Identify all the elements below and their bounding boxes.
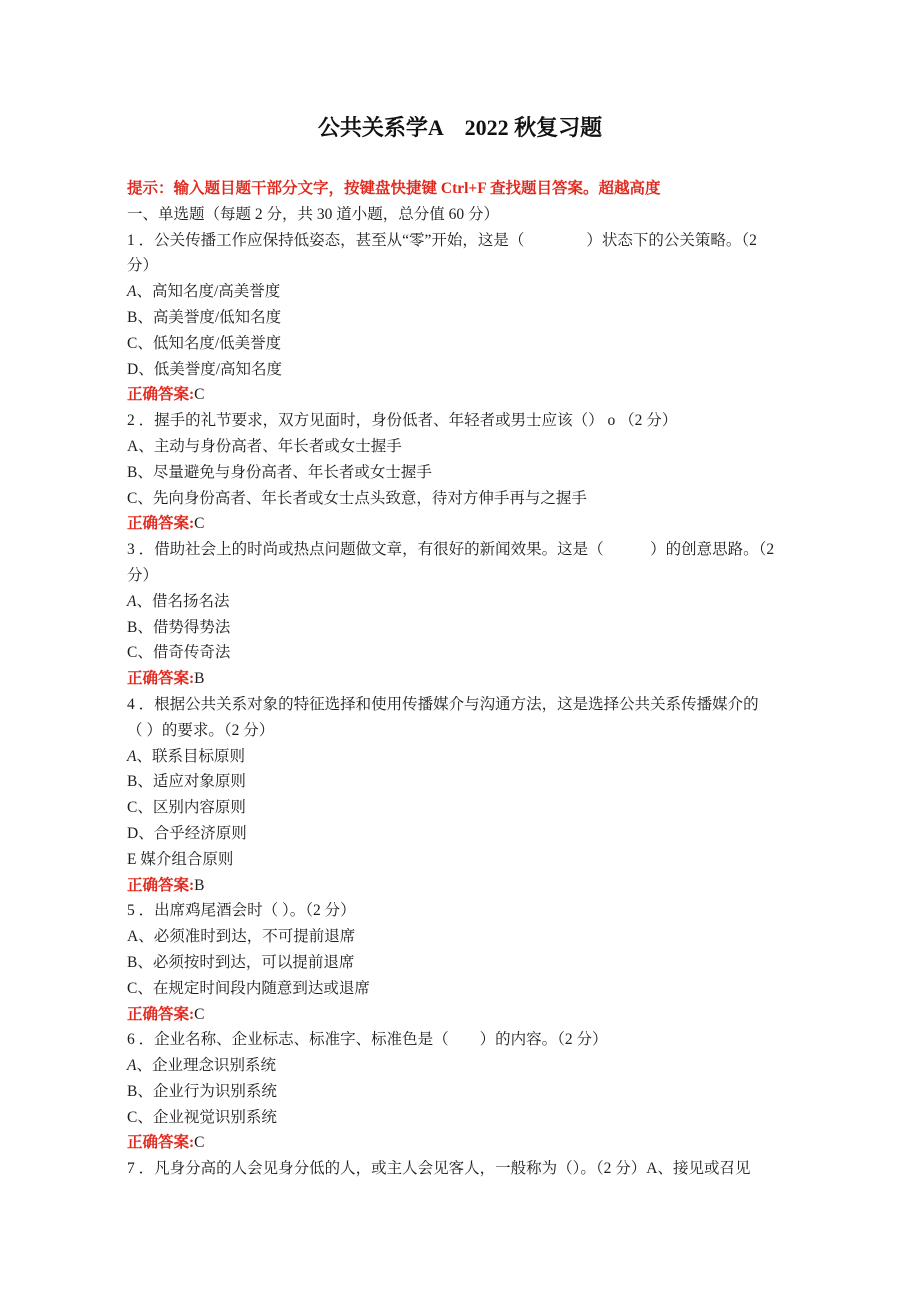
option-line: A、高知名度/高美誉度	[127, 279, 793, 305]
question-stem: 3 ．借助社会上的时尚或热点问题做文章，有很好的新闻效果。这是（ ）的创意思路。…	[127, 537, 793, 589]
answer-line: 正确答案:C	[127, 511, 793, 537]
answer-value: B	[194, 670, 204, 687]
option-line: C、借奇传奇法	[127, 640, 793, 666]
answer-value: C	[194, 1134, 204, 1151]
document-body: 公共关系学A 2022 秋复习题 提示：输入题目题干部分文字，按键盘快捷键 Ct…	[127, 113, 793, 1182]
document-page: 公共关系学A 2022 秋复习题 提示：输入题目题干部分文字，按键盘快捷键 Ct…	[0, 0, 920, 1301]
option-line: B、必须按时到达，可以提前退席	[127, 950, 793, 976]
answer-label: 正确答案:	[127, 877, 194, 894]
answer-label: 正确答案:	[127, 515, 194, 532]
option-line: A、主动与身份高者、年长者或女士握手	[127, 434, 793, 460]
answer-value: B	[194, 877, 204, 894]
question-block: 1 ．公关传播工作应保持低姿态，甚至从“零”开始，这是（ ）状态下的公关策略。（…	[127, 228, 793, 409]
answer-line: 正确答案:C	[127, 1130, 793, 1156]
question-stem: 1 ．公关传播工作应保持低姿态，甚至从“零”开始，这是（ ）状态下的公关策略。（…	[127, 228, 793, 280]
option-line: C、企业视觉识别系统	[127, 1105, 793, 1131]
option-line: D、合乎经济原则	[127, 821, 793, 847]
question-block: 4 ．根据公共关系对象的特征选择和使用传播媒介与沟通方法，这是选择公共关系传播媒…	[127, 692, 793, 898]
questions-list: 1 ．公关传播工作应保持低姿态，甚至从“零”开始，这是（ ）状态下的公关策略。（…	[127, 228, 793, 1182]
option-line: C、在规定时间段内随意到达或退席	[127, 976, 793, 1002]
option-line: B、企业行为识别系统	[127, 1079, 793, 1105]
option-line: D、低美誉度/高知名度	[127, 357, 793, 383]
option-line: B、借势得势法	[127, 615, 793, 641]
option-line: B、高美誉度/低知名度	[127, 305, 793, 331]
option-line: E 媒介组合原则	[127, 847, 793, 873]
question-block: 6 ．企业名称、企业标志、标准字、标准色是（ ）的内容。（2 分）A、企业理念识…	[127, 1027, 793, 1156]
option-text: 、高知名度/高美誉度	[136, 283, 280, 300]
question-stem: 7 ．凡身分高的人会见身分低的人，或主人会见客人，一般称为（）。（2 分）A、接…	[127, 1156, 793, 1182]
option-line: A、必须准时到达，不可提前退席	[127, 924, 793, 950]
page-title: 公共关系学A 2022 秋复习题	[127, 113, 793, 143]
option-line: A、借名扬名法	[127, 589, 793, 615]
option-line: C、区别内容原则	[127, 795, 793, 821]
question-stem: 5 ．出席鸡尾酒会时（ ）。（2 分）	[127, 898, 793, 924]
question-block: 2 ．握手的礼节要求，双方见面时，身份低者、年轻者或男士应该（） o （2 分）…	[127, 408, 793, 537]
question-stem: 2 ．握手的礼节要求，双方见面时，身份低者、年轻者或男士应该（） o （2 分）	[127, 408, 793, 434]
question-block: 5 ．出席鸡尾酒会时（ ）。（2 分）A、必须准时到达，不可提前退席B、必须按时…	[127, 898, 793, 1027]
answer-line: 正确答案:C	[127, 382, 793, 408]
section-heading: 一、单选题（每题 2 分，共 30 道小题，总分值 60 分）	[127, 202, 793, 228]
tip-text: 提示：输入题目题干部分文字，按键盘快捷键 Ctrl+F 查找题目答案。超越高度	[127, 176, 793, 202]
answer-line: 正确答案:B	[127, 873, 793, 899]
answer-value: C	[194, 1006, 204, 1023]
answer-label: 正确答案:	[127, 1134, 194, 1151]
option-text: 、联系目标原则	[136, 748, 245, 765]
option-line: B、尽量避免与身份高者、年长者或女士握手	[127, 460, 793, 486]
question-stem: 4 ．根据公共关系对象的特征选择和使用传播媒介与沟通方法，这是选择公共关系传播媒…	[127, 692, 793, 744]
option-line: C、先向身份高者、年长者或女士点头致意，待对方伸手再与之握手	[127, 486, 793, 512]
answer-label: 正确答案:	[127, 386, 194, 403]
option-line: C、低知名度/低美誉度	[127, 331, 793, 357]
question-block: 7 ．凡身分高的人会见身分低的人，或主人会见客人，一般称为（）。（2 分）A、接…	[127, 1156, 793, 1182]
answer-line: 正确答案:B	[127, 666, 793, 692]
answer-line: 正确答案:C	[127, 1002, 793, 1028]
option-line: A、联系目标原则	[127, 744, 793, 770]
answer-value: C	[194, 386, 204, 403]
option-line: B、适应对象原则	[127, 769, 793, 795]
question-block: 3 ．借助社会上的时尚或热点问题做文章，有很好的新闻效果。这是（ ）的创意思路。…	[127, 537, 793, 692]
option-text: 、企业理念识别系统	[136, 1057, 276, 1074]
answer-value: C	[194, 515, 204, 532]
option-text: 、借名扬名法	[136, 593, 229, 610]
answer-label: 正确答案:	[127, 1006, 194, 1023]
question-stem: 6 ．企业名称、企业标志、标准字、标准色是（ ）的内容。（2 分）	[127, 1027, 793, 1053]
option-line: A、企业理念识别系统	[127, 1053, 793, 1079]
answer-label: 正确答案:	[127, 670, 194, 687]
